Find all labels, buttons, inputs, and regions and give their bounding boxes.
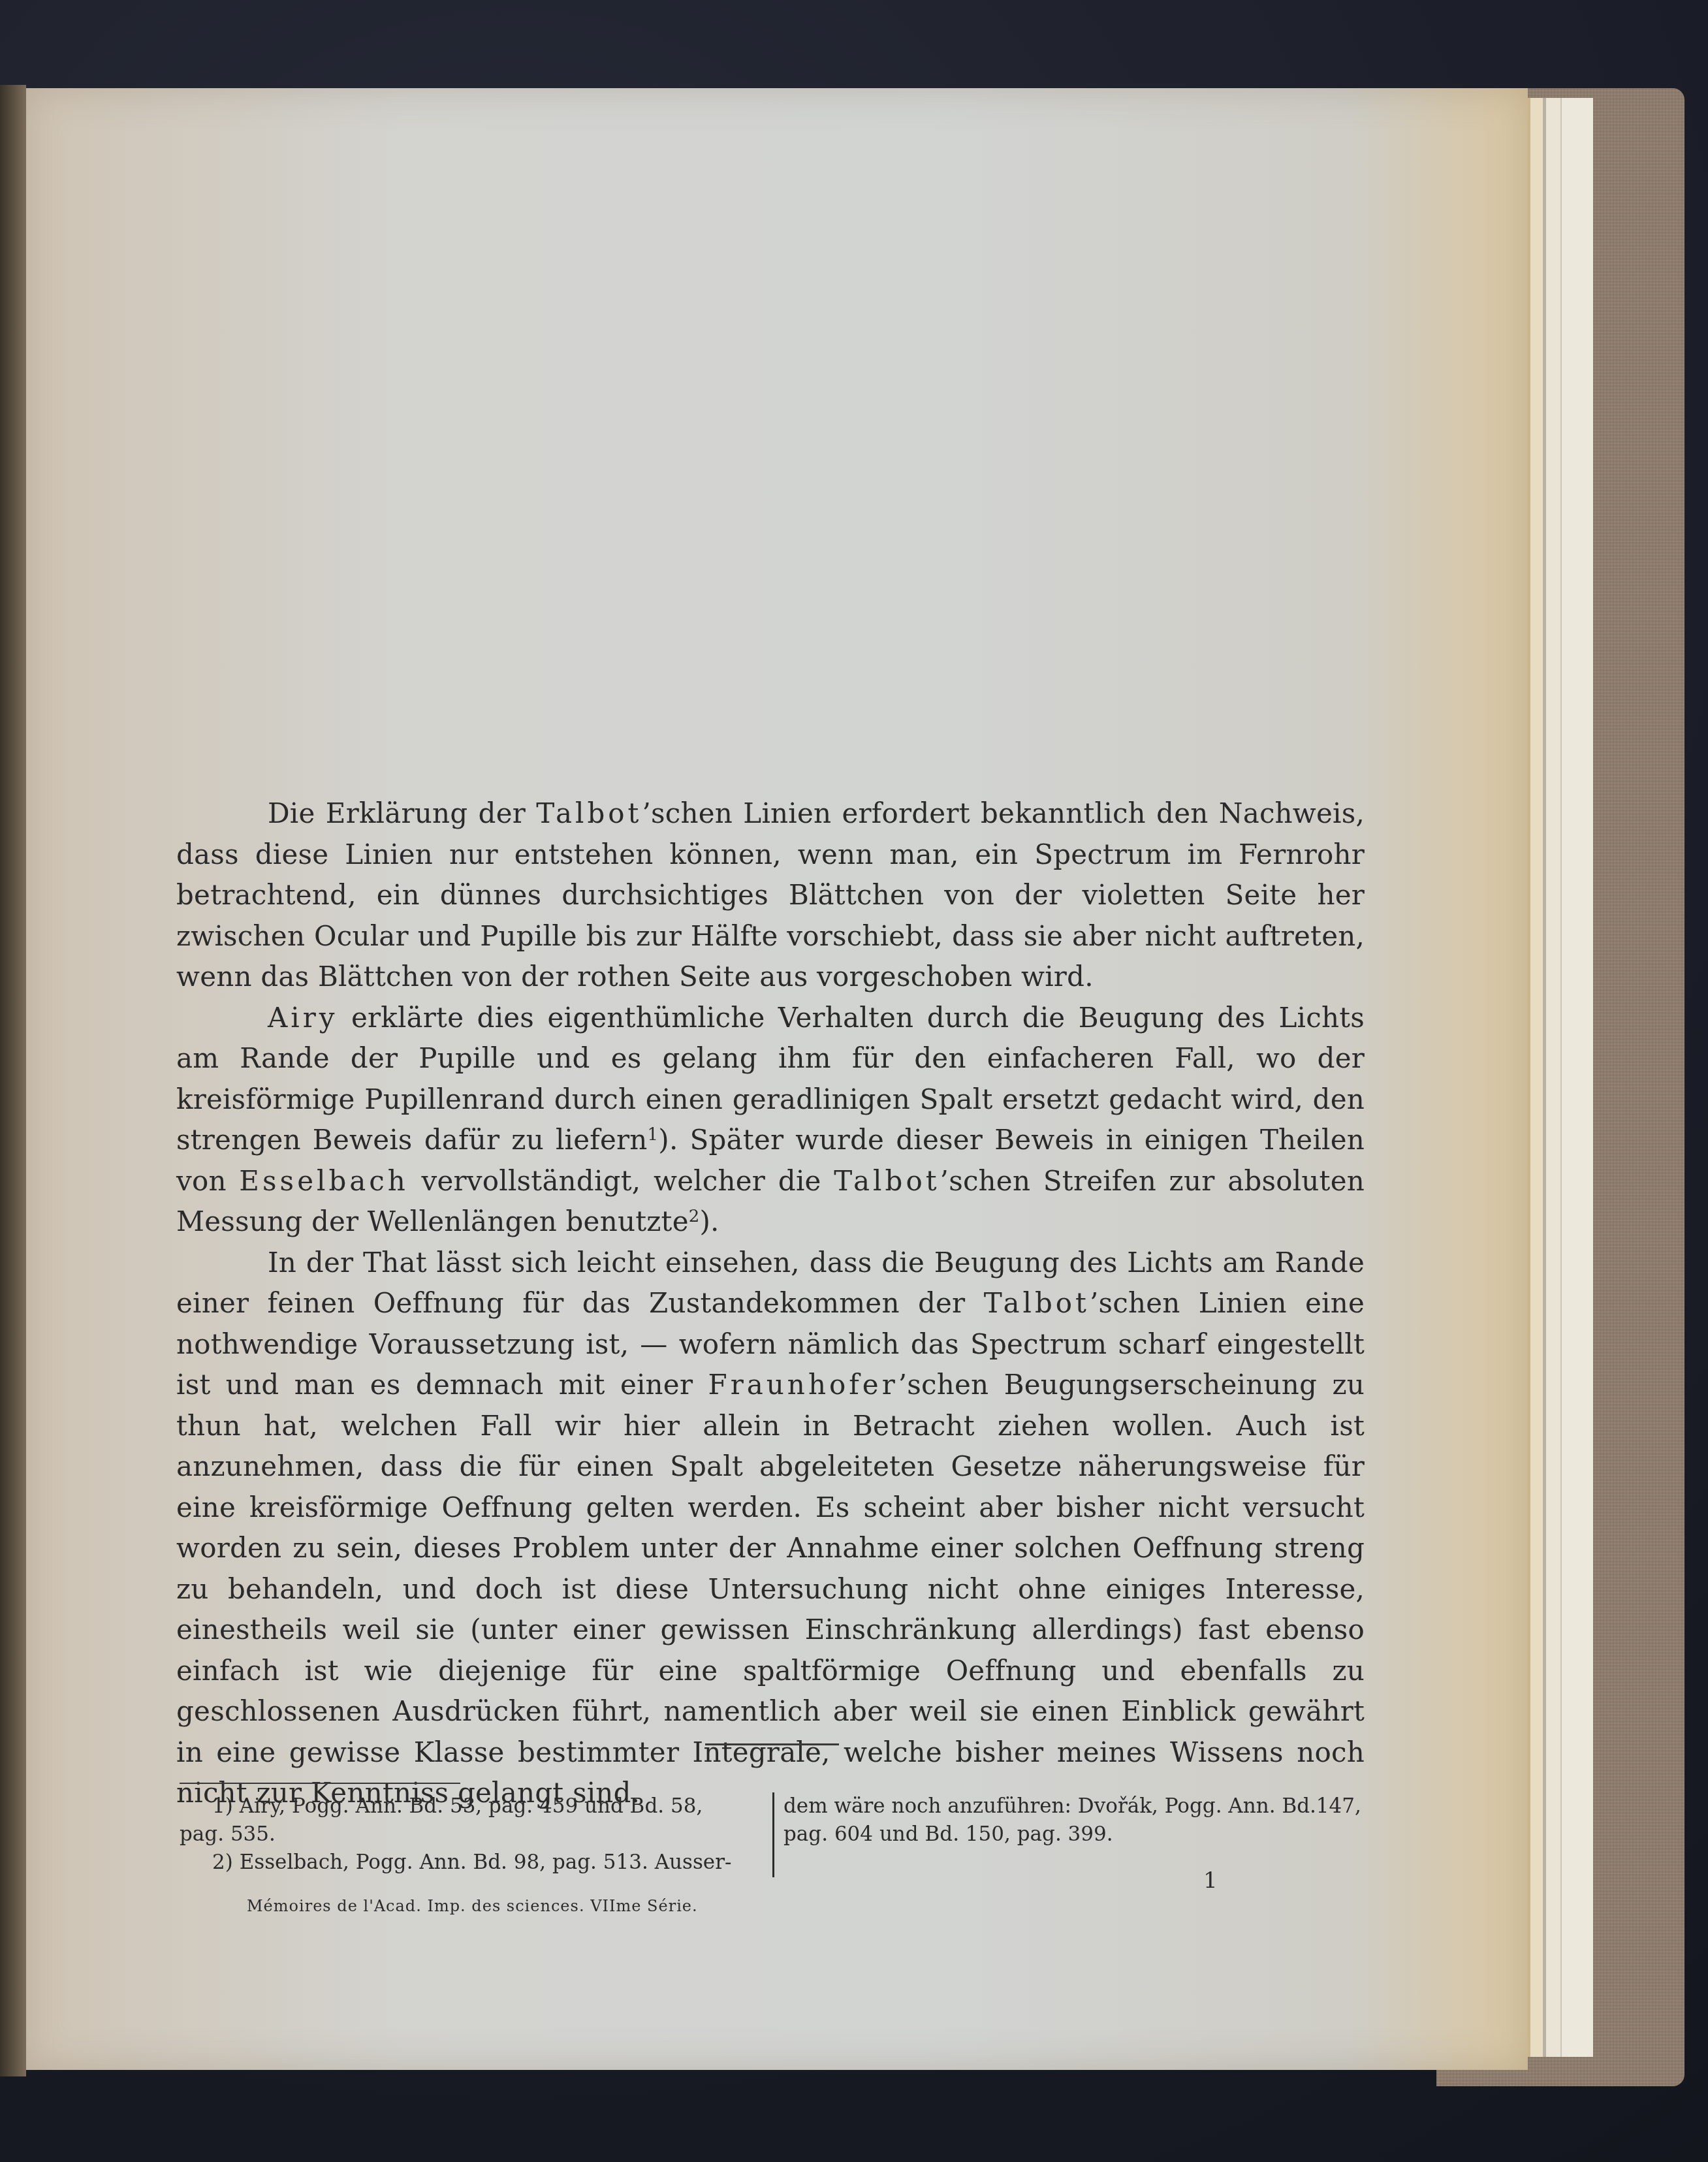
page-number: 1: [1203, 1868, 1218, 1894]
paragraph-2: Airy erklärte dies eigenthümliche Verhal…: [176, 998, 1365, 1243]
person-name: Esselbach: [239, 1165, 409, 1197]
footnotes-right-column: dem wäre noch anzuführen: Dvořák, Pogg. …: [783, 1792, 1358, 1849]
footnotes-left-column: 1) Airy, Pogg. Ann. Bd. 53, pag. 459 und…: [180, 1792, 761, 1877]
paragraph-1: Die Erklärung der Talbot’schen Linien er…: [176, 793, 1365, 998]
footnote-rule: [180, 1783, 460, 1784]
footnote-2-line-2: dem wäre noch anzuführen: Dvořák, Pogg. …: [783, 1792, 1358, 1820]
paragraph-3: In der That lässt sich leicht einsehen, …: [176, 1243, 1365, 1814]
printer-signature: Mémoires de l'Acad. Imp. des sciences. V…: [247, 1897, 698, 1915]
body-text: Die Erklärung der Talbot’schen Linien er…: [176, 793, 1365, 1814]
footnote-column-divider: [772, 1792, 774, 1877]
person-name: Fraunhofer: [708, 1369, 898, 1401]
person-name: Talbot: [834, 1165, 940, 1197]
footnote-2-line-1: 2) Esselbach, Pogg. Ann. Bd. 98, pag. 51…: [180, 1849, 761, 1877]
person-name: Airy: [268, 1002, 338, 1034]
footnote-1-line-1: 1) Airy, Pogg. Ann. Bd. 53, pag. 459 und…: [180, 1792, 761, 1820]
book-gutter: [0, 85, 26, 2076]
person-name: Talbot: [984, 1287, 1090, 1319]
footnote-marker: 2: [689, 1207, 700, 1226]
footnote-2-line-3: pag. 604 und Bd. 150, pag. 399.: [783, 1820, 1358, 1849]
section-end-rule: [705, 1743, 839, 1745]
footnote-marker: 1: [648, 1125, 659, 1145]
footnote-1-line-2: pag. 535.: [180, 1820, 761, 1849]
person-name: Talbot: [536, 797, 642, 829]
